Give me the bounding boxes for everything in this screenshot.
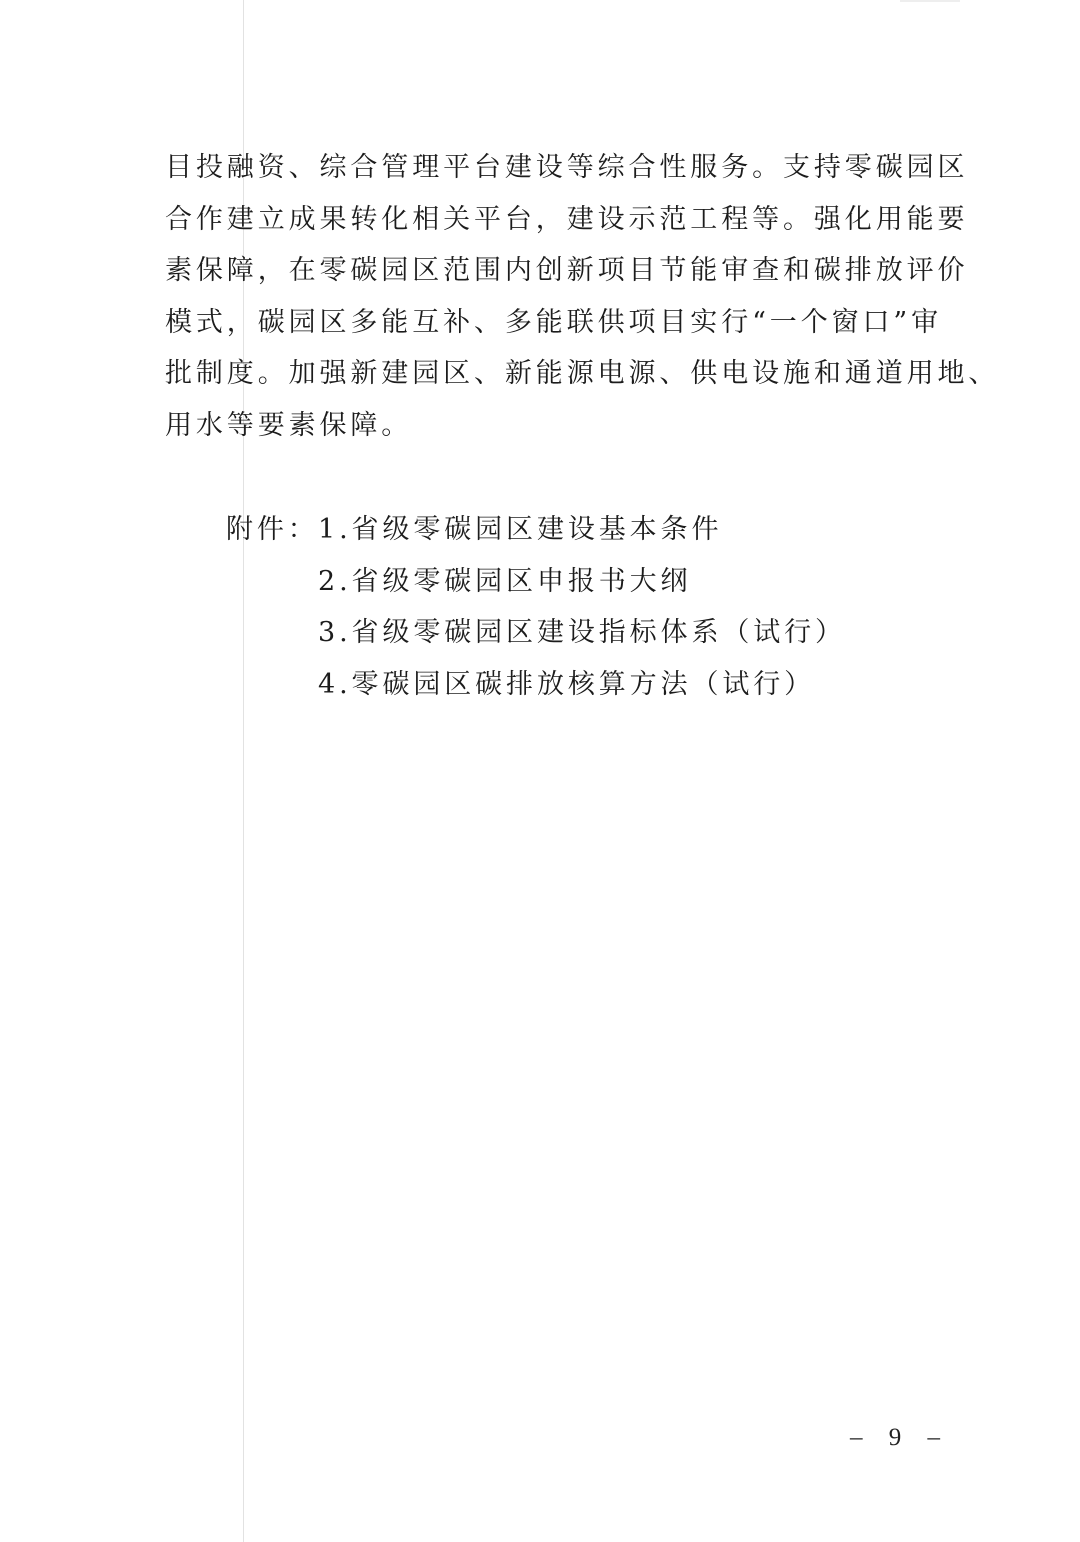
attachments-list: 附件： 1.省级零碳园区建设基本条件 2.省级零碳园区申报书大纲 3.省级零碳园… (226, 510, 846, 716)
attachment-item: 附件： 1.省级零碳园区建设基本条件 (226, 510, 846, 562)
body-paragraph: 目投融资、综合管理平台建设等综合性服务。支持零碳园区 合作建立成果转化相关平台，… (165, 148, 920, 457)
indent-spacer (226, 562, 318, 614)
attachment-item: 3.省级零碳园区建设指标体系（试行） (226, 613, 846, 665)
indent-spacer (226, 665, 318, 717)
attachments-label: 附件： (226, 510, 318, 562)
attachment-title: 1.省级零碳园区建设基本条件 (318, 510, 722, 562)
attachment-title: 2.省级零碳园区申报书大纲 (318, 562, 691, 614)
paragraph-line: 合作建立成果转化相关平台，建设示范工程等。强化用能要 (165, 200, 920, 252)
paragraph-line: 批制度。加强新建园区、新能源电源、供电设施和通道用地、 (165, 354, 920, 406)
attachment-item: 4.零碳园区碳排放核算方法（试行） (226, 665, 846, 717)
scan-artifact (900, 0, 960, 2)
indent-spacer (226, 613, 318, 665)
attachment-title: 3.省级零碳园区建设指标体系（试行） (318, 613, 846, 665)
paragraph-line: 用水等要素保障。 (165, 406, 920, 458)
paragraph-line: 模式，碳园区多能互补、多能联供项目实行“一个窗口”审 (165, 303, 920, 355)
paragraph-line: 素保障，在零碳园区范围内创新项目节能审查和碳排放评价 (165, 251, 920, 303)
attachment-title: 4.零碳园区碳排放核算方法（试行） (318, 665, 815, 717)
attachment-item: 2.省级零碳园区申报书大纲 (226, 562, 846, 614)
page-number: – 9 – (850, 1424, 950, 1452)
paragraph-line: 目投融资、综合管理平台建设等综合性服务。支持零碳园区 (165, 148, 920, 200)
